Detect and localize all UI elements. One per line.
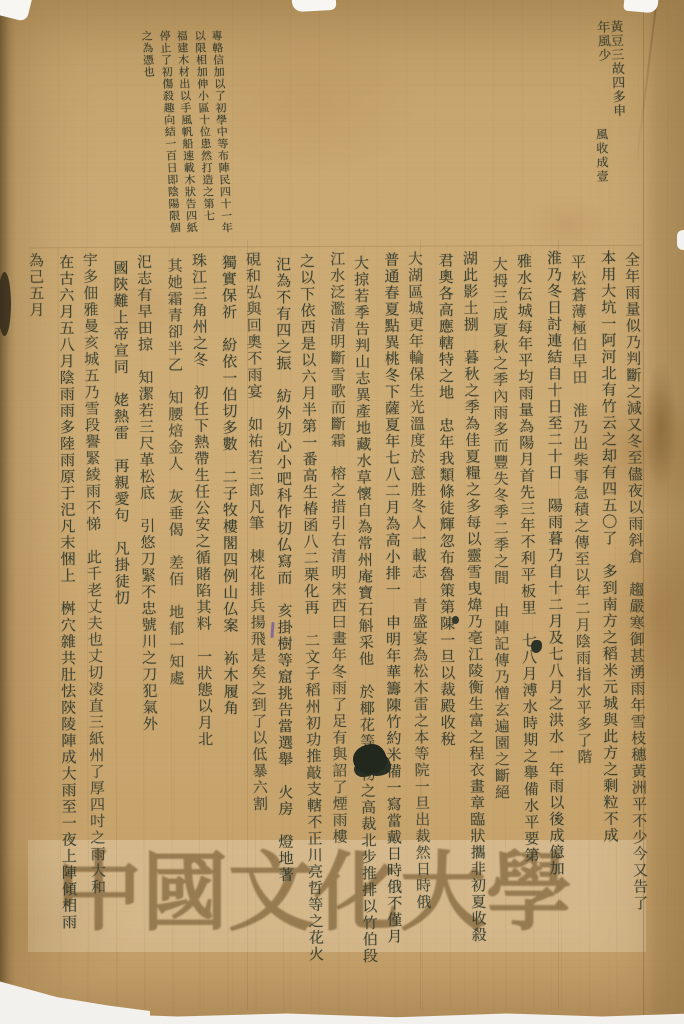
- scanned-page: 中國文化大學 黃豆三故四多申年風少 風收成壹 專輅信加以了初學中等布陣民四十一年…: [0, 0, 684, 1024]
- right-edge-stain: [644, 360, 678, 490]
- torn-notch-right-edge: [677, 230, 684, 250]
- paper-right-edge: [643, 0, 684, 1024]
- edge-vignette: [0, 0, 684, 1024]
- paper-left-edge: [0, 0, 16, 1024]
